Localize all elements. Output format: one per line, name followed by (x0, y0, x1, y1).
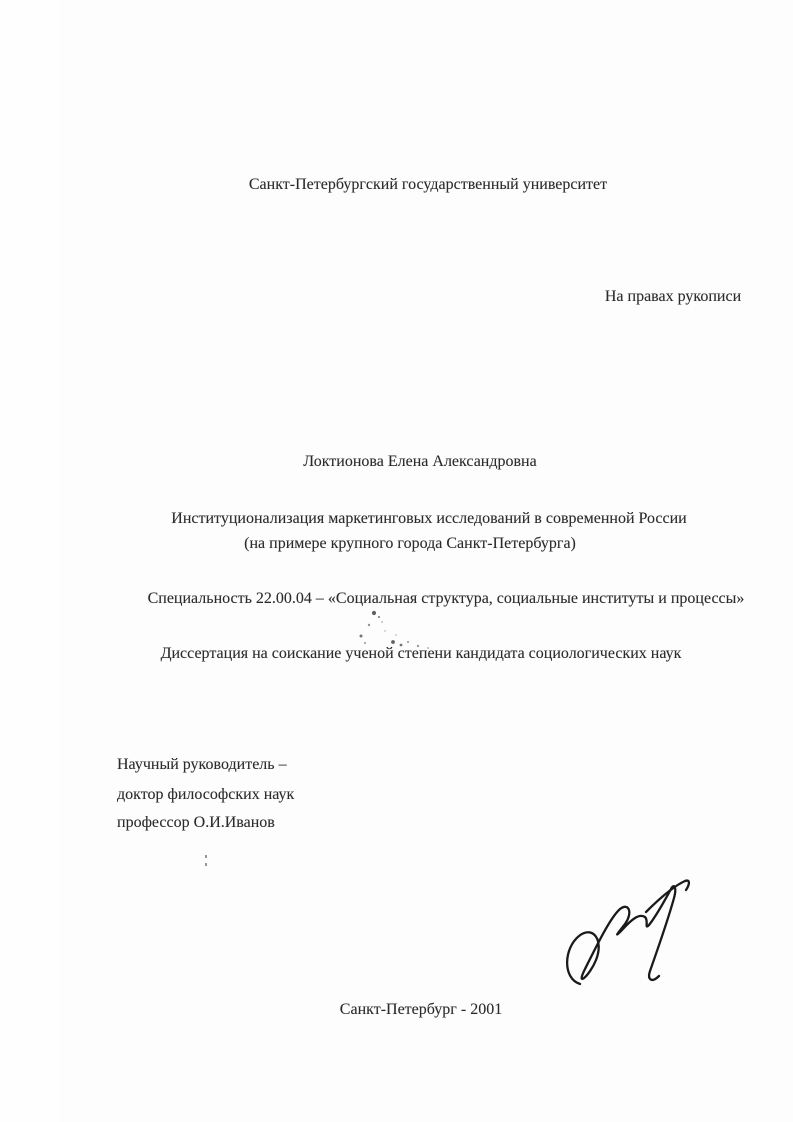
scan-speck-artifact (202, 853, 210, 873)
dissertation-title-line-2: (на примере крупного города Санкт-Петерб… (244, 534, 576, 554)
dissertation-title-line-1: Институционализация маркетинговых исслед… (171, 509, 686, 529)
dissertation-type-line: Диссертация на соискание ученой степени … (161, 644, 682, 664)
dissertation-title-page: Санкт-Петербургский государственный унив… (0, 0, 793, 1122)
city-year-line: Санкт-Петербург - 2001 (340, 1000, 502, 1020)
supervisor-label: Научный руководитель – (117, 755, 287, 775)
university-name: Санкт-Петербургский государственный унив… (249, 175, 607, 195)
manuscript-note: На правах рукописи (605, 287, 741, 307)
specialty-line: Специальность 22.00.04 – «Социальная стр… (148, 589, 745, 609)
supervisor-signature (558, 858, 708, 1003)
supervisor-degree: доктор философских наук (117, 785, 294, 805)
author-name: Локтионова Елена Александровна (303, 452, 536, 472)
supervisor-name: профессор О.И.Иванов (117, 813, 275, 833)
